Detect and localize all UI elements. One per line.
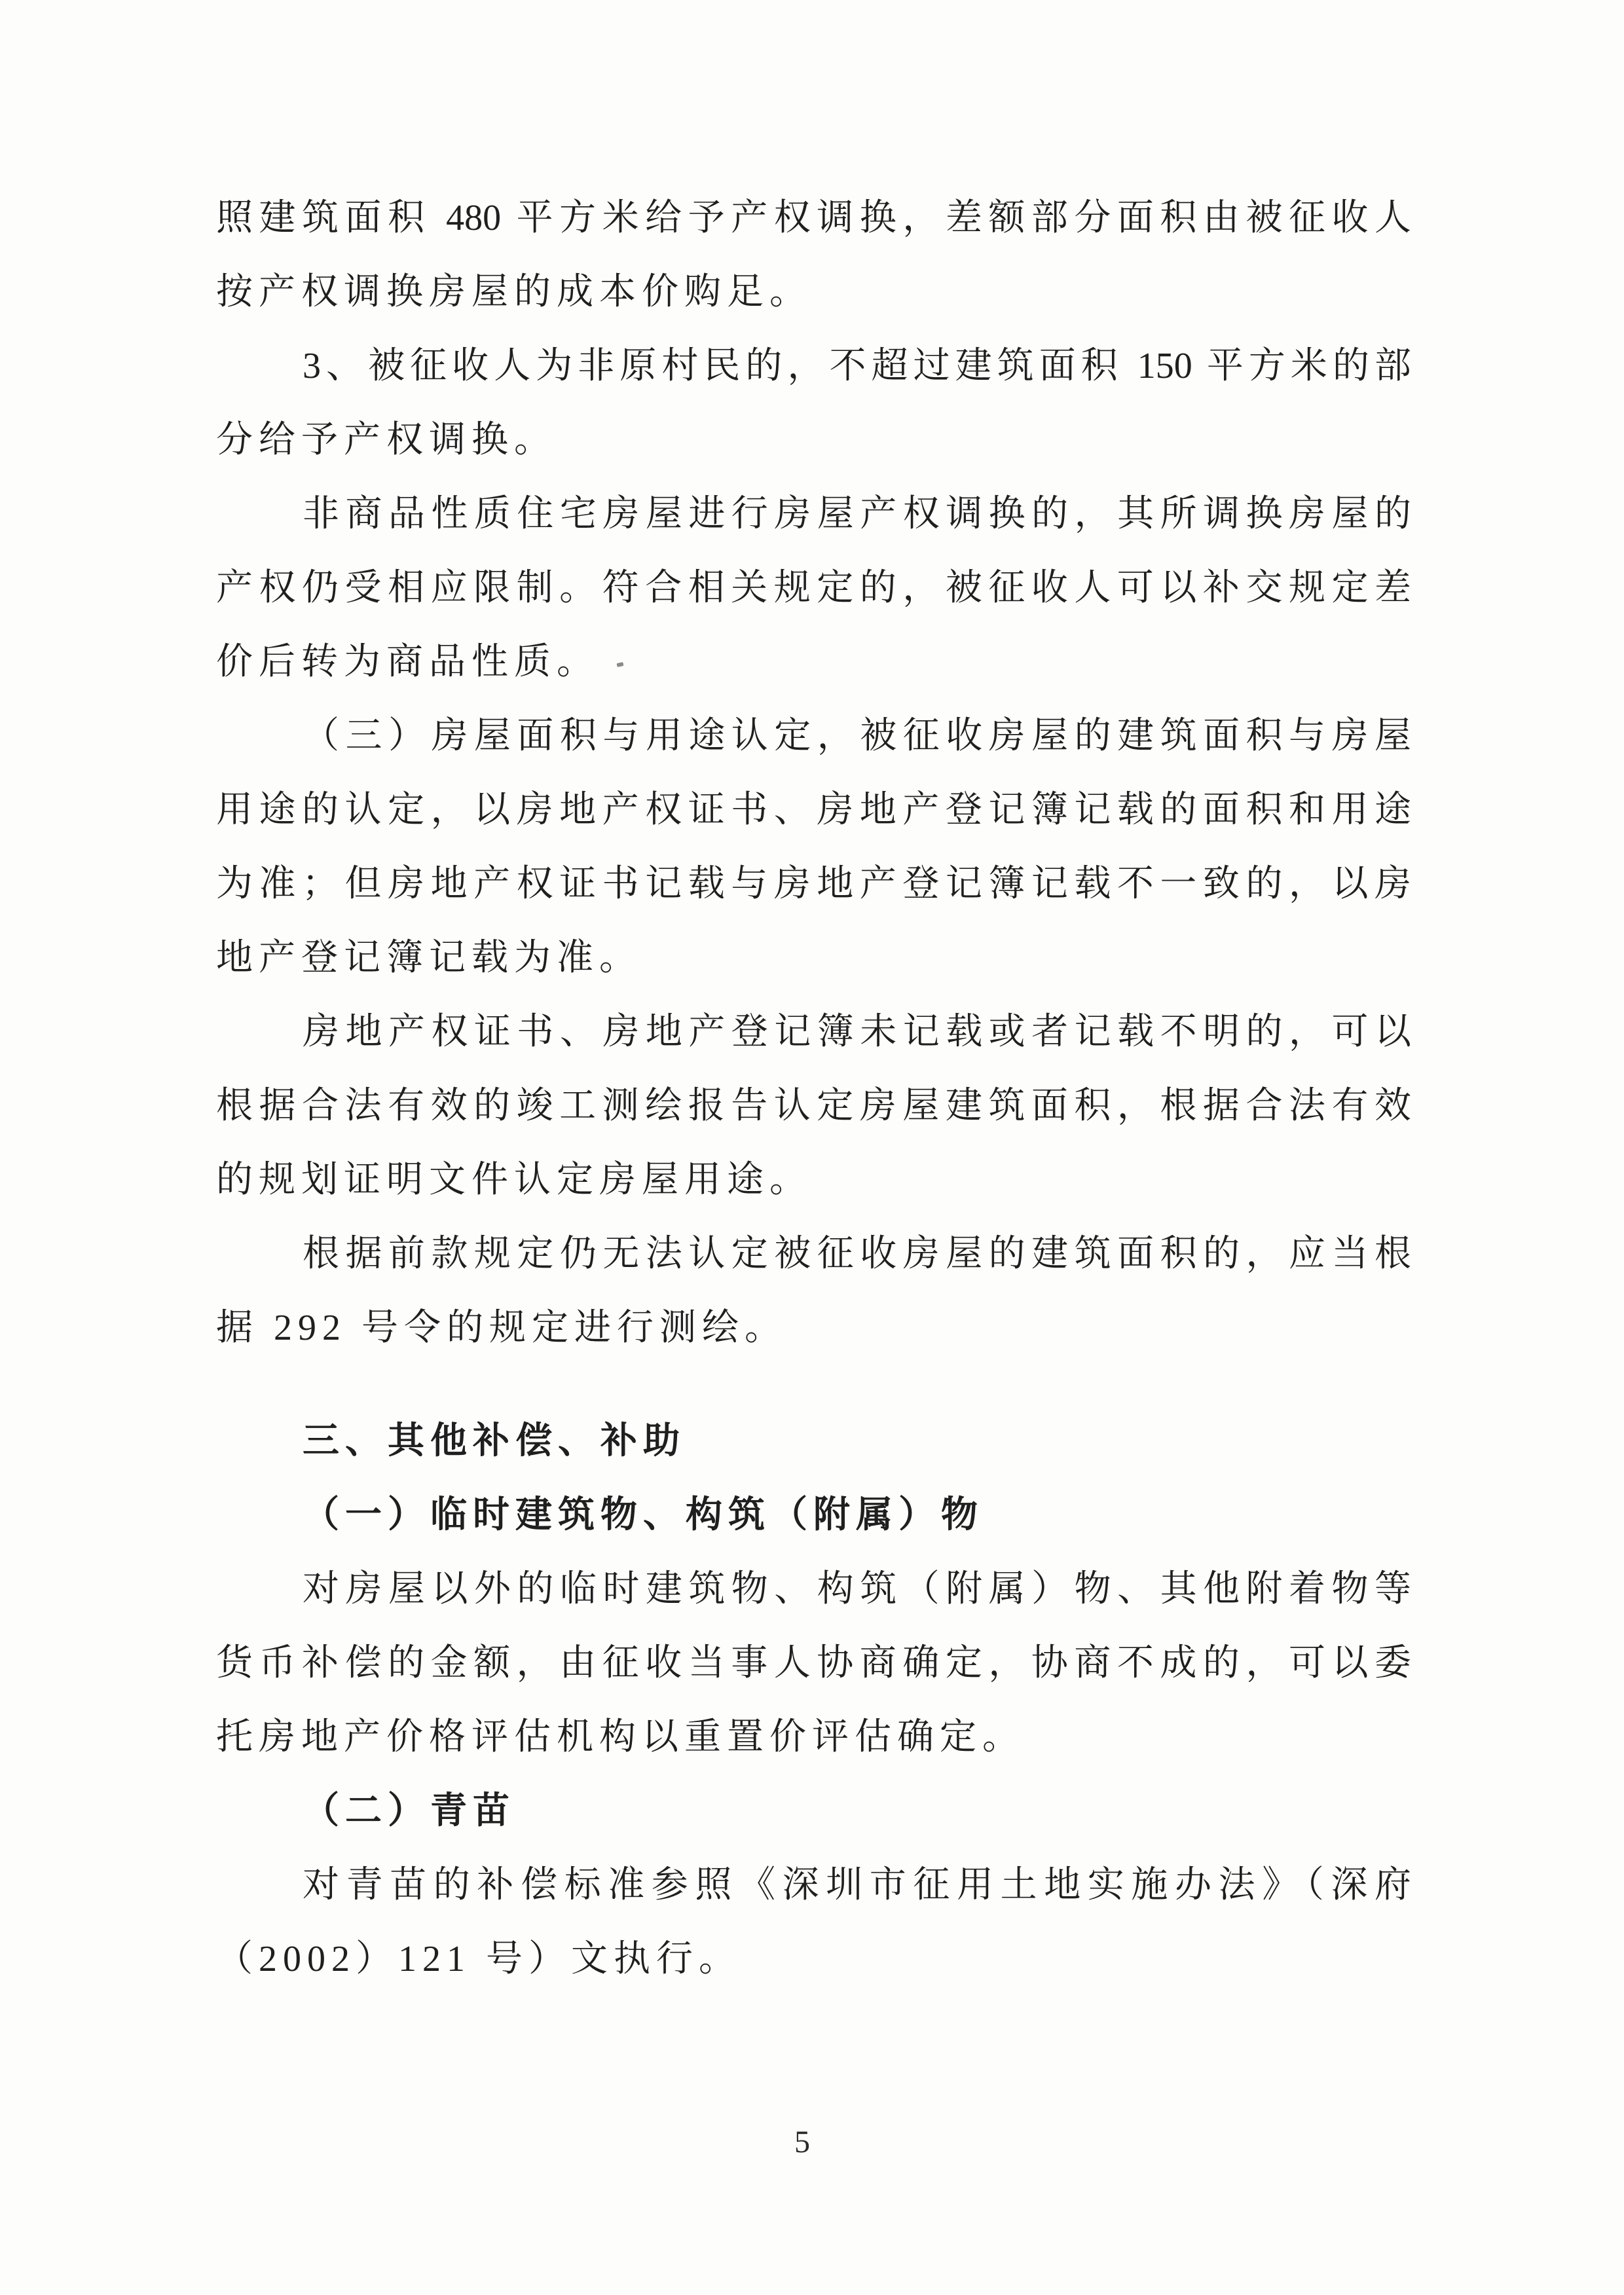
text-line: 对青苗的补偿标准参照《深圳市征用土地实施办法》（深府	[216, 1848, 1411, 1922]
text-line: 产权仍受相应限制。符合相关规定的，被征收人可以补交规定差	[216, 551, 1411, 625]
text-line: 3、被征收人为非原村民的，不超过建筑面积 150 平方米的部	[216, 329, 1411, 403]
text-line: （二）青苗	[216, 1774, 1411, 1848]
text-line: 非商品性质住宅房屋进行房屋产权调换的，其所调换房屋的	[216, 477, 1411, 551]
text-line: 用途的认定，以房地产权证书、房地产登记簿记载的面积和用途	[216, 773, 1411, 847]
text-line: 价后转为商品性质。	[216, 625, 1411, 699]
document-body: 照建筑面积 480 平方米给予产权调换，差额部分面积由被征收人按产权调换房屋的成…	[216, 181, 1411, 1996]
text-line: 按产权调换房屋的成本价购足。	[216, 255, 1411, 329]
text-line: 据 292 号令的规定进行测绘。	[216, 1291, 1411, 1365]
document-page: { "page": { "number": "5" }, "document":…	[0, 0, 1624, 2295]
text-line: 根据前款规定仍无法认定被征收房屋的建筑面积的，应当根	[216, 1217, 1411, 1291]
text-line: 对房屋以外的临时建筑物、构筑（附属）物、其他附着物等	[216, 1552, 1411, 1626]
text-line: 为准；但房地产权证书记载与房地产登记簿记载不一致的，以房	[216, 847, 1411, 921]
text-line: 房地产权证书、房地产登记簿未记载或者记载不明的，可以	[216, 995, 1411, 1069]
text-line: （三）房屋面积与用途认定，被征收房屋的建筑面积与房屋	[216, 699, 1411, 773]
text-line: 根据合法有效的竣工测绘报告认定房屋建筑面积，根据合法有效	[216, 1069, 1411, 1143]
text-line: 三、其他补偿、补助	[216, 1405, 1411, 1478]
text-line: 的规划证明文件认定房屋用途。	[216, 1143, 1411, 1217]
text-line: 货币补偿的金额，由征收当事人协商确定，协商不成的，可以委	[216, 1626, 1411, 1700]
text-line: 照建筑面积 480 平方米给予产权调换，差额部分面积由被征收人	[216, 181, 1411, 255]
text-line: 托房地产价格评估机构以重置价评估确定。	[216, 1700, 1411, 1774]
text-line: 分给予产权调换。	[216, 403, 1411, 477]
text-line: （2002）121 号）文执行。	[216, 1922, 1411, 1996]
scanned-page: 照建筑面积 480 平方米给予产权调换，差额部分面积由被征收人按产权调换房屋的成…	[0, 0, 1624, 2295]
text-line: （一）临时建筑物、构筑（附属）物	[216, 1478, 1411, 1552]
text-line: 地产登记簿记载为准。	[216, 921, 1411, 995]
page-number: 5	[0, 2124, 1604, 2161]
